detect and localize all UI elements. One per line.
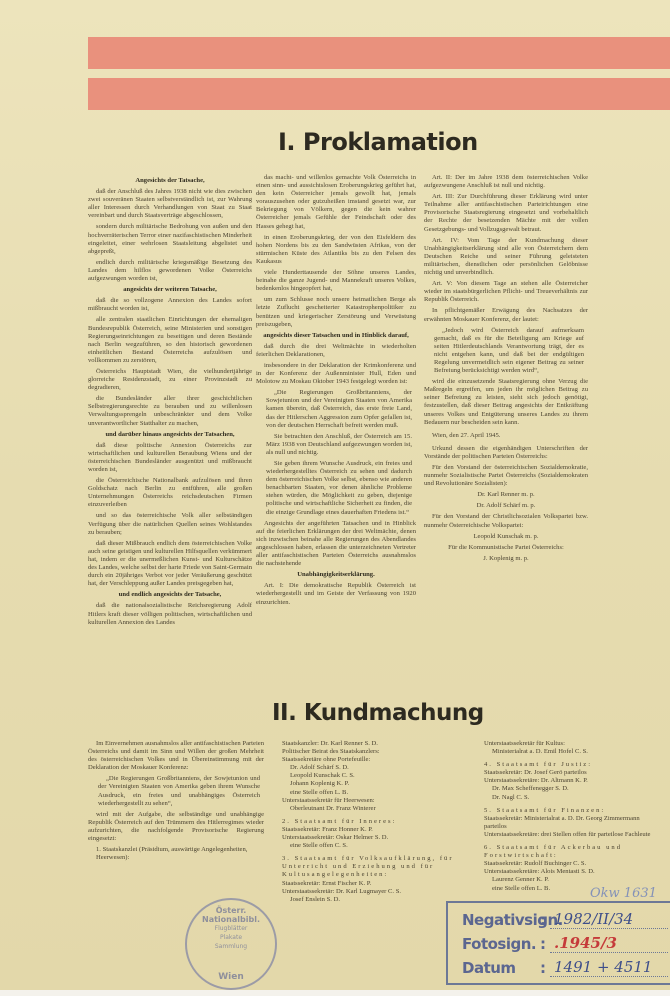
paragraph: Politischer Beirat des Staatskanzlers: (274, 748, 454, 756)
paragraph: um zum Schlusse noch unsere heimatlichen… (256, 296, 416, 328)
paragraph: Unterstaatssekretär für Kultus: (476, 740, 656, 748)
stamp-row-fotosign: Fotosign. : .1945/3 (462, 929, 668, 953)
paragraph: daß der Anschluß des Jahres 1938 nicht w… (88, 188, 252, 220)
stamp-row-negativsign: Negativsign. : 1982/II/34 (462, 905, 668, 929)
paragraph: in einen Eroberungskrieg, der von den Ei… (256, 234, 416, 266)
paragraph: 3. Staatsamt für Volksaufklärung, für Un… (274, 855, 454, 879)
paragraph: Oberleutnant Dr. Franz Winterer (274, 805, 454, 813)
kundmachung-column-3: Unterstaatssekretär für Kultus:Ministeri… (476, 740, 656, 893)
proklamation-column-1: Angesichts der Tatsache,daß der Anschluß… (88, 174, 252, 630)
paragraph: die Österreichische Nationalbank aufzulö… (88, 477, 252, 509)
archive-stamp-box: Negativsign. : 1982/II/34 Fotosign. : .1… (446, 901, 670, 985)
paragraph: Im Einvernehmen ausnahmslos aller antifa… (88, 740, 264, 772)
paragraph-heading: angesichts dieser Tatsachen und in Hinbl… (256, 332, 416, 340)
paragraph-heading: Angesichts der Tatsache, (88, 177, 252, 185)
paragraph: Urkund dessen die eigenhändigen Untersch… (424, 445, 588, 461)
kundmachung-column-2: Staatskanzler: Dr. Karl Renner S. D.Poli… (274, 740, 454, 904)
paragraph: daß die so vollzogene Annexion des Lande… (88, 297, 252, 313)
paragraph: sondern durch militärische Bedrohung von… (88, 223, 252, 255)
scan-edge (0, 990, 670, 996)
paragraph: Für den Vorstand der österreichischen So… (424, 464, 588, 488)
paragraph: Unterstaatssekretär: Oskar Helmer S. D. (274, 834, 454, 842)
paragraph: Ministerialrat a. D. Emil Hofel C. S. (476, 748, 656, 756)
stamp-label: Fotosign. (462, 935, 540, 953)
paragraph: Staatssekretär: Rudolf Buchinger C. S. (476, 860, 656, 868)
stamp-value: 1491 + 4511 (550, 958, 668, 977)
stamp-row-datum: Datum : 1491 + 4511 (462, 953, 668, 977)
paragraph: Unterstaatssekretär: Dr. Karl Lugmayer C… (274, 888, 454, 896)
stamp-ring-text: Österr. Nationalbibl. (187, 906, 275, 924)
paragraph: Sie betrachten den Anschluß, der Österre… (256, 433, 416, 457)
paragraph: eine Stelle offen L. B. (274, 789, 454, 797)
paragraph: daß durch die drei Weltmächte in wiederh… (256, 343, 416, 359)
paragraph: Dr. Karl Renner m. p. (424, 491, 588, 499)
kundmachung-column-1: Im Einvernehmen ausnahmslos aller antifa… (88, 740, 264, 862)
paragraph: „Jedoch wird Österreich darauf aufmerksa… (424, 327, 588, 376)
paragraph: Unterstaatssekretäre: Alois Mentasti S. … (476, 868, 656, 876)
paragraph: Staatssekretär: Ministerialrat a. D. Dr.… (476, 815, 656, 831)
paragraph: Staatssekretär: Ernst Fischer K. P. (274, 880, 454, 888)
paragraph: endlich durch militärische kriegsmäßige … (88, 259, 252, 283)
paragraph: daß dieser Mißbrauch endlich dem österre… (88, 540, 252, 589)
paragraph: Dr. Adolf Schärf m. p. (424, 502, 588, 510)
paragraph: In pflichtgemäßer Erwägung des Nachsatze… (424, 307, 588, 323)
paragraph: die Bundesländer aller ihrer geschichtli… (88, 395, 252, 427)
paragraph: Art. I: Die demokratische Republik Öster… (256, 582, 416, 606)
paragraph: Staatssekretär: Dr. Josef Gerö parteilos (476, 769, 656, 777)
paragraph: Art. V: Von diesem Tage an stehen alle Ö… (424, 280, 588, 304)
paragraph: eine Stelle offen C. S. (274, 842, 454, 850)
flag-stripe-top (88, 37, 670, 69)
paragraph: Dr. Nagl C. S. (476, 794, 656, 802)
paragraph: Für den Vorstand der Christlichsozialen … (424, 513, 588, 529)
paragraph: Sie geben ihrem Wunsche Ausdruck, ein fr… (256, 460, 416, 517)
paragraph: Dr. Adolf Schärf S. D. (274, 764, 454, 772)
section-title-kundmachung: II. Kundmachung (272, 700, 484, 726)
section-title-proklamation: I. Proklamation (278, 128, 478, 156)
paragraph (476, 802, 656, 804)
paragraph: Josef Enslein S. D. (274, 896, 454, 904)
stamp-value: .1945/3 (550, 934, 668, 953)
paragraph (476, 839, 656, 841)
library-round-stamp: Österr. Nationalbibl. Flugblätter Plakat… (185, 898, 277, 990)
paragraph-heading: und darüber hinaus angesichts der Tatsac… (88, 431, 252, 439)
paragraph: alle zentralen staatlichen Einrichtungen… (88, 316, 252, 365)
paragraph: viele Hunderttausende der Söhne unseres … (256, 269, 416, 293)
stamp-label: Negativsign. (462, 911, 540, 929)
paragraph: Für die Kommunistische Partei Österreich… (424, 544, 588, 552)
paragraph: 5. Staatsamt für Finanzen: (476, 807, 656, 815)
paragraph: „Die Regierungen Großbritanniens, der So… (256, 389, 416, 429)
paragraph: daß diese politische Annexion Österreich… (88, 442, 252, 474)
paragraph: wird die einzusetzende Staatsregierung o… (424, 378, 588, 427)
paragraph (274, 813, 454, 815)
paragraph-heading: und endlich angesichts der Tatsache, (88, 591, 252, 599)
paragraph: wird mit der Aufgabe, die selbständige u… (88, 811, 264, 843)
paragraph: J. Koplenig m. p. (424, 555, 588, 563)
paragraph: 2. Staatsamt für Inneres: (274, 818, 454, 826)
paragraph: Angesichts der angeführten Tatsachen und… (256, 520, 416, 569)
paragraph: Johann Koplenig K. P. (274, 780, 454, 788)
paragraph: Dr. Max Scheffenegger S. D. (476, 785, 656, 793)
stamp-label: Datum (462, 959, 540, 977)
paragraph: insbesondere in der Deklaration der Krim… (256, 362, 416, 386)
flag-stripe-bottom (88, 78, 670, 110)
paragraph: und so das österreichische Volk aller se… (88, 512, 252, 536)
paragraph: Art. II: Der im Jahre 1938 dem österreic… (424, 174, 588, 190)
paragraph: Leopold Kunschak C. S. (274, 772, 454, 780)
proklamation-column-2: das macht- und willenlos gemachte Volk Ö… (256, 174, 416, 610)
paragraph: Unterstaatssekretäre: drei Stellen offen… (476, 831, 656, 839)
paragraph: Unterstaatssekretäre: Dr. Altmann K. P. (476, 777, 656, 785)
paragraph: Österreichs Hauptstadt Wien, die vielhun… (88, 368, 252, 392)
paragraph: Staatssekretäre ohne Portefeuille: (274, 756, 454, 764)
paragraph: Leopold Kunschak m. p. (424, 533, 588, 541)
paragraph: Art. III: Zur Durchführung dieser Erklär… (424, 193, 588, 233)
stamp-inner-text: Flugblätter Plakate Sammlung (187, 924, 275, 951)
paragraph-heading: Unabhängigkeitserklärung. (256, 571, 416, 579)
paragraph: 1. Staatskanzlei (Präsidium, auswärtige … (88, 846, 264, 862)
proklamation-column-3: Art. II: Der im Jahre 1938 dem österreic… (424, 174, 588, 566)
paragraph-heading: angesichts der weiteren Tatsache, (88, 286, 252, 294)
stamp-city: Wien (187, 972, 275, 982)
paragraph: Laurenz Genner K. P. (476, 876, 656, 884)
paragraph: „Die Regierungen Großbritanniens, der So… (88, 775, 264, 807)
stamp-value: 1982/II/34 (550, 910, 668, 929)
paragraph (476, 756, 656, 758)
paragraph: Wien, den 27. April 1945. (424, 432, 588, 440)
paragraph: 4. Staatsamt für Justiz: (476, 761, 656, 769)
paragraph: Art. IV: Vom Tage der Kundmachung dieser… (424, 237, 588, 277)
paragraph (274, 850, 454, 852)
paragraph: daß die nationalsozialistische Reichsreg… (88, 602, 252, 626)
handwritten-note: Okw 1631 (590, 886, 657, 901)
paragraph: Unterstaatssekretär für Heerwesen: (274, 797, 454, 805)
paragraph: das macht- und willenlos gemachte Volk Ö… (256, 174, 416, 231)
paragraph: Staatskanzler: Dr. Karl Renner S. D. (274, 740, 454, 748)
paragraph: 6. Staatsamt für Ackerbau und Forstwirts… (476, 844, 656, 860)
paragraph: Staatssekretär: Franz Honner K. P. (274, 826, 454, 834)
